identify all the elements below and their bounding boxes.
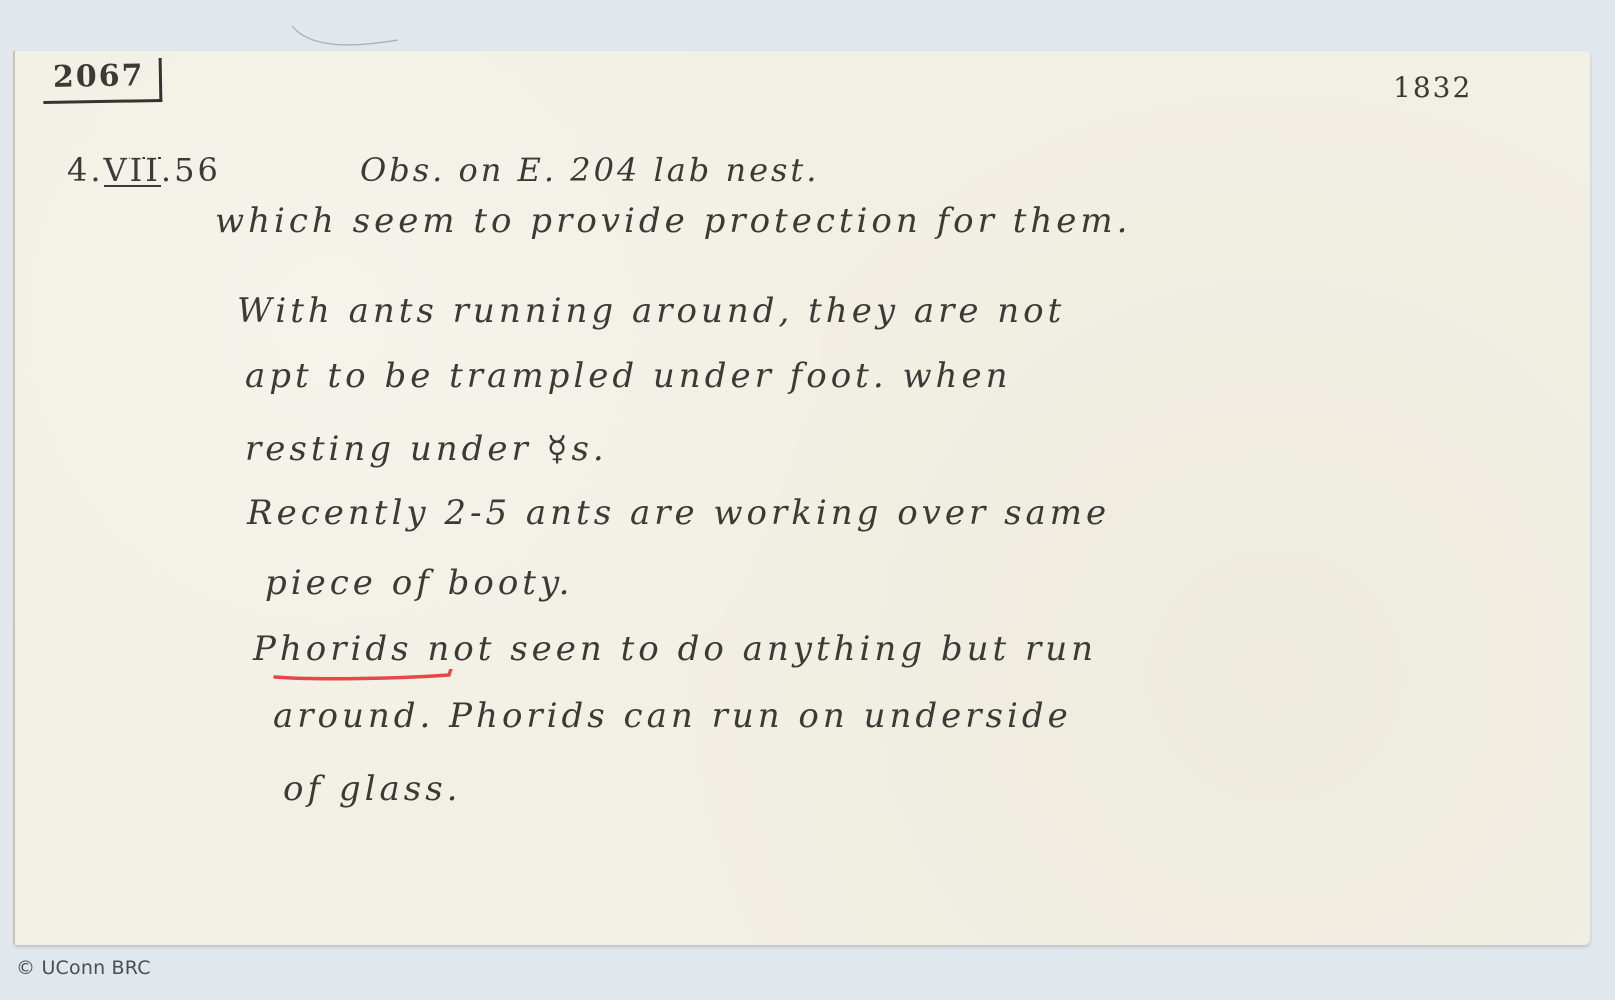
copyright-notice: © UConn BRC (16, 957, 151, 979)
stray-fiber-mark (290, 22, 400, 52)
note-line-5: Recently 2-5 ants are working over same (247, 493, 1110, 533)
note-line-3: apt to be trampled under foot. when (245, 356, 1011, 396)
note-line-2: With ants running around, they are not (237, 291, 1065, 331)
note-line-1: which seem to provide protection for the… (215, 201, 1131, 241)
note-line-6: piece of booty. (265, 563, 573, 603)
date-month: VII (104, 155, 161, 187)
page-number: 1832 (1393, 71, 1472, 104)
observation-title: Obs. on E. 204 lab nest. (360, 151, 819, 189)
date-day: 4. (67, 151, 104, 189)
observation-date: 4.VII.56 (67, 151, 221, 189)
note-line-8: around. Phorids can run on underside (273, 696, 1072, 736)
red-underline-mark (273, 669, 453, 681)
date-year: .56 (161, 151, 221, 189)
index-card: 2067 1832 4.VII.56 Obs. on E. 204 lab ne… (15, 51, 1590, 945)
card-number: 2067 (43, 58, 162, 104)
note-line-4: resting under ☿s. (245, 429, 608, 469)
note-line-7: Phorids not seen to do anything but run (253, 629, 1097, 669)
note-line-9: of glass. (283, 769, 461, 809)
